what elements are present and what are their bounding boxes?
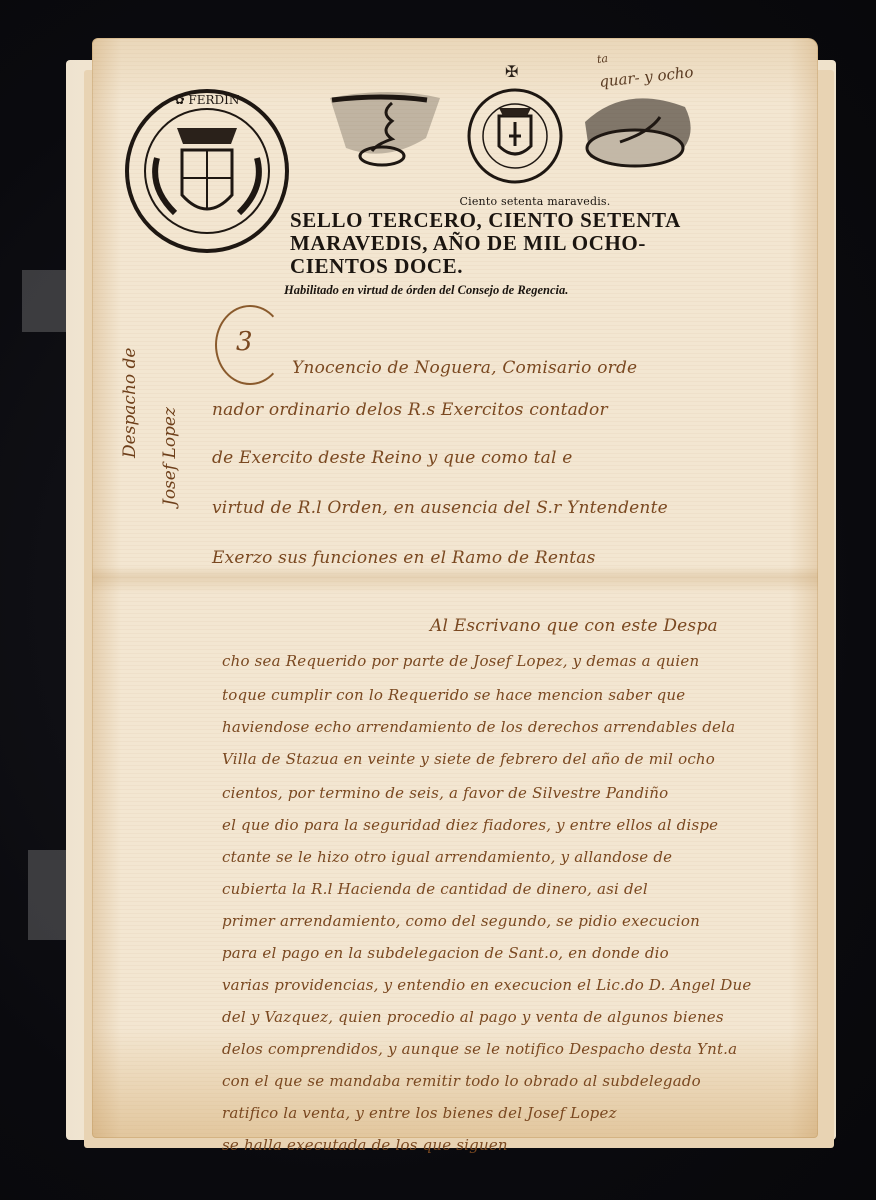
stamp-title: SELLO TERCERO, CIENTO SETENTA MARAVEDIS,…: [290, 209, 740, 278]
folio-number: 3: [236, 327, 253, 357]
heading-line: Ynocencio de Noguera, Comisario orde: [292, 358, 637, 378]
body-line: ratifico la venta, y entre los bienes de…: [222, 1104, 617, 1122]
heading-line: nador ordinario delos R.s Exercitos cont…: [212, 400, 608, 420]
price-line: Ciento setenta maravedis.: [330, 195, 740, 208]
body-line: primer arrendamiento, como del segundo, …: [222, 912, 700, 930]
stamp-title-line: SELLO TERCERO, CIENTO SETENTA: [290, 209, 740, 232]
printed-header: Ciento setenta maravedis. SELLO TERCERO,…: [290, 195, 740, 298]
margin-note-line: Despacho de: [120, 348, 140, 458]
body-line: Villa de Stazua en veinte y siete de feb…: [222, 750, 715, 768]
heading-line: de Exercito deste Reino y que como tal e: [212, 448, 573, 468]
body-line: con el que se mandaba remitir todo lo ob…: [222, 1072, 701, 1090]
top-annotation-superscript: ta: [596, 52, 608, 66]
maltese-cross-icon: ✠: [505, 62, 518, 81]
body-line: toque cumplir con lo Requerido se hace m…: [222, 686, 685, 704]
heading-line: virtud de R.l Orden, en ausencia del S.r…: [212, 498, 668, 518]
tape-strip-top: [22, 270, 70, 332]
body-line: cubierta la R.l Hacienda de cantidad de …: [222, 880, 648, 898]
royal-seal-legend: ✿ FERDIN: [175, 93, 240, 107]
body-line: del y Vazquez, quien procedio al pago y …: [222, 1008, 724, 1026]
body-line: haviendose echo arrendamiento de los der…: [222, 718, 735, 736]
heading-line: Exerzo sus funciones en el Ramo de Renta…: [212, 548, 596, 568]
pointing-hand-flourish-stamp-icon: [322, 88, 448, 168]
stamp-title-line: CIENTOS DOCE.: [290, 255, 740, 278]
body-line: cho sea Requerido por parte de Josef Lop…: [222, 652, 699, 670]
margin-note-line: Josef Lopez: [160, 407, 180, 506]
body-line: ctante se le hizo otro igual arrendamien…: [222, 848, 672, 866]
ink-flourish-stamp-icon: [575, 82, 700, 182]
authorization-line: Habilitado en virtud de órden del Consej…: [284, 283, 740, 298]
body-line: para el pago en la subdelegacion de Sant…: [222, 944, 669, 962]
body-line: delos comprendidos, y aunque se le notif…: [222, 1040, 737, 1058]
body-line: Al Escrivano que con este Despa: [430, 616, 718, 636]
body-line: varias providencias, y entendio en execu…: [222, 976, 751, 994]
royal-seal-icon: ✿ FERDIN: [122, 88, 292, 254]
body-line: cientos, por termino de seis, a favor de…: [222, 784, 668, 802]
junta-galicia-seal-icon: [465, 86, 565, 186]
body-line: se halla executada de los que siguen: [222, 1136, 508, 1154]
body-line: el que dio para la seguridad diez fiador…: [222, 816, 718, 834]
stamp-title-line: MARAVEDIS, AÑO DE MIL OCHO-: [290, 232, 740, 255]
